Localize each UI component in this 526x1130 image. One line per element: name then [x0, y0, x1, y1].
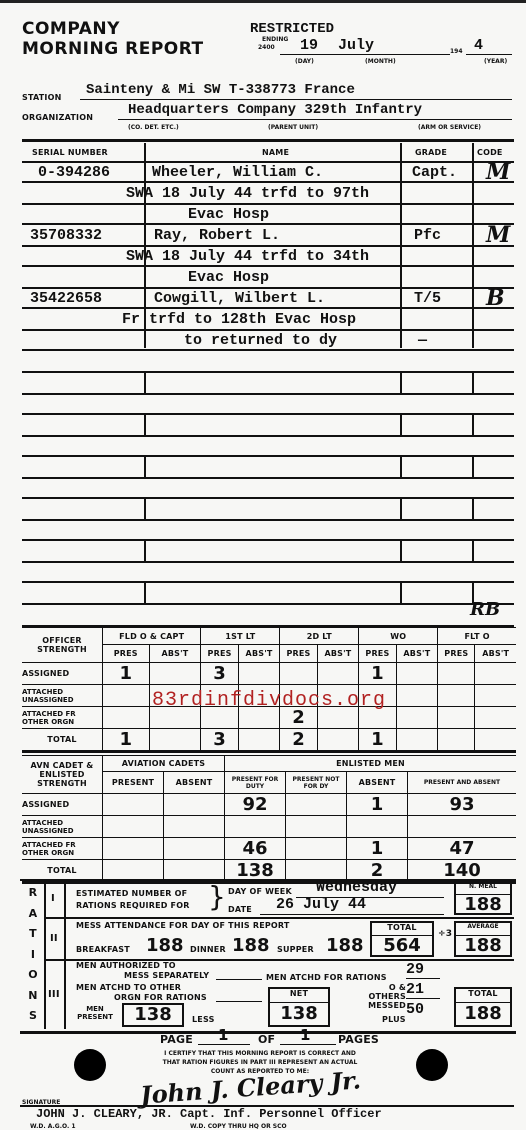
- roster-rule: [22, 265, 514, 267]
- subcol-pres: PRES: [103, 645, 150, 663]
- roster-divider: [472, 497, 474, 519]
- day-of-week-label: DAY OF WEEK: [228, 887, 292, 896]
- enlisted-cell: 46: [225, 838, 286, 860]
- date-label: DATE: [228, 905, 252, 914]
- roster-divider: [400, 539, 402, 561]
- rations-total-box: TOTAL 188: [454, 987, 512, 1027]
- form-caption: W.D. COPY THRU HQ OR SCO: [190, 1123, 287, 1130]
- subcol-abst: ABS'T: [396, 645, 438, 663]
- auth-label-1: MEN AUTHORIZED TO: [76, 961, 176, 970]
- roster-rule: [22, 203, 514, 205]
- roster-divider: [144, 455, 146, 477]
- divide-by-three: ÷3: [438, 929, 448, 939]
- officer-cell: [238, 729, 280, 752]
- roster-divider: [472, 539, 474, 561]
- average-box: AVERAGE 188: [454, 921, 512, 957]
- officer-strength-title: OFFICER STRENGTH: [22, 628, 103, 663]
- enlisted-row-attached-unassigned: ATTACHED UNASSIGNED: [22, 816, 516, 838]
- entry-remark: SWA 18 July 44 trfd to 34th: [126, 248, 369, 265]
- enlisted-cell: 1: [347, 794, 408, 816]
- plus-label: PLUS: [382, 1015, 406, 1024]
- subcol-pres: PRES: [280, 645, 317, 663]
- officer-cell: [438, 663, 475, 685]
- roster-divider: [400, 581, 402, 603]
- men-present-label: MENPRESENT: [70, 1005, 120, 1021]
- entry-remark: SWA 18 July 44 trfd to 97th: [126, 185, 369, 202]
- classification-stamp: RESTRICTED: [250, 21, 334, 37]
- time-label: 2400: [258, 44, 275, 51]
- roster-rule: [22, 245, 514, 247]
- atchd-other-label-2: ORGN FOR RATIONS: [114, 993, 207, 1002]
- group-wo: WO: [359, 628, 438, 645]
- entry-remark: Evac Hosp: [188, 206, 269, 223]
- col-grade: GRADE: [415, 148, 447, 157]
- officer-cell: 3: [201, 663, 238, 685]
- entry-serial: 35422658: [30, 290, 102, 307]
- officer-cell: [475, 707, 516, 729]
- enlisted-cell: [347, 816, 408, 838]
- officer-cell: [438, 685, 475, 707]
- entry-name: Cowgill, Wilbert L.: [154, 290, 325, 307]
- roster-rule: [22, 455, 514, 457]
- row-label: ATTACHED FR OTHER ORGN: [22, 838, 103, 860]
- row-label: ATTACHED UNASSIGNED: [22, 816, 103, 838]
- report-month: July: [338, 37, 374, 54]
- roster-rule: [22, 539, 514, 541]
- subcol-present-not-for-duty: PRESENT NOT FOR DY: [286, 772, 347, 794]
- total-box: TOTAL 564: [370, 921, 434, 957]
- row-label: ASSIGNED: [22, 663, 103, 685]
- officer-cell: [475, 663, 516, 685]
- officer-row-assigned: ASSIGNED 1 3 1: [22, 663, 516, 685]
- roster-rule: [22, 307, 514, 309]
- row-label: ASSIGNED: [22, 794, 103, 816]
- enlisted-cell: [103, 794, 164, 816]
- entry-remark: Fr trfd to 128th Evac Hosp: [122, 311, 356, 328]
- dinner-label: DINNER: [190, 945, 226, 954]
- group-enlisted-men: ENLISTED MEN: [225, 756, 517, 772]
- enlisted-cell: [286, 816, 347, 838]
- pages-label: PAGES: [338, 1033, 379, 1046]
- enlisted-cell: [164, 838, 225, 860]
- officer-cell: [438, 729, 475, 752]
- year-caption: (YEAR): [484, 58, 507, 65]
- group-1st-lt: 1ST LT: [201, 628, 280, 645]
- roster-rule: [22, 329, 514, 331]
- others-messed-value: 21: [406, 981, 440, 999]
- atchd-other-line: [216, 991, 262, 1002]
- atchd-other-label-1: MEN ATCHD TO OTHER: [76, 983, 181, 992]
- officer-cell: [396, 707, 438, 729]
- group-2d-lt: 2D LT: [280, 628, 359, 645]
- officer-cell: 1: [359, 729, 396, 752]
- officer-cell: 1: [103, 663, 150, 685]
- org-caption-parent: (PARENT UNIT): [268, 124, 318, 131]
- group-flt-o: FLT O: [438, 628, 516, 645]
- roster-divider: [144, 371, 146, 393]
- roster-rule: [22, 581, 514, 583]
- form-number: W.D. A.G.O. 1: [30, 1123, 76, 1130]
- row-label: ATTACHED UNASSIGNED: [22, 685, 103, 707]
- net-box: NET 138: [268, 987, 330, 1027]
- enlisted-row-assigned: ASSIGNED 92 1 93: [22, 794, 516, 816]
- organization-value: Headquarters Company 329th Infantry: [128, 102, 422, 118]
- col-code: CODE: [477, 148, 503, 157]
- subcol-present: PRESENT: [103, 772, 164, 794]
- dinner-value: 188: [232, 935, 270, 956]
- section-2-numeral: II: [50, 933, 58, 944]
- officer-cell: [149, 663, 201, 685]
- officer-cell: [438, 707, 475, 729]
- enlisted-cell: 93: [408, 794, 517, 816]
- men-present-value: 138: [124, 1005, 182, 1025]
- breakfast-value: 188: [146, 935, 184, 956]
- entry-grade-continued: —: [418, 332, 427, 349]
- officer-cell: 2: [280, 729, 317, 752]
- atchd-for-rations-value: 29: [406, 961, 440, 979]
- section-3-numeral: III: [48, 989, 60, 1000]
- subcol-present-and-absent: PRESENT AND ABSENT: [408, 772, 517, 794]
- roster-divider: [400, 455, 402, 477]
- officer-cell: 1: [103, 729, 150, 752]
- roster-divider: [400, 497, 402, 519]
- entry-serial: 35708332: [30, 227, 102, 244]
- officer-cell: [396, 663, 438, 685]
- enlisted-cell: [408, 816, 517, 838]
- subcol-pres: PRES: [201, 645, 238, 663]
- roster-rule: [22, 223, 514, 225]
- day-of-week-value: Wednesday: [316, 879, 397, 896]
- supper-value: 188: [326, 935, 364, 956]
- entry-grade: Capt.: [412, 164, 457, 181]
- watermark-text: 83rdinfdivdocs.org: [152, 689, 386, 712]
- report-year: 4: [474, 37, 483, 54]
- enlisted-row-attached-other: ATTACHED FR OTHER ORGN 46 1 47: [22, 838, 516, 860]
- officer-cell: [396, 729, 438, 752]
- subcol-abst: ABS'T: [149, 645, 201, 663]
- roster-rule: [22, 477, 514, 479]
- breakfast-label: BREAKFAST: [76, 945, 130, 954]
- enlisted-cell: [103, 816, 164, 838]
- signer-name: JOHN J. CLEARY, JR. Capt. Inf. Personnel…: [36, 1107, 382, 1121]
- entry-grade: Pfc: [414, 227, 441, 244]
- less-label: LESS: [192, 1015, 215, 1024]
- roster-rule: [22, 603, 514, 605]
- entry-serial: 0-394286: [38, 164, 110, 181]
- enlisted-strength-title: AVN CADET & ENLISTED STRENGTH: [22, 756, 103, 794]
- row-label: TOTAL: [22, 729, 103, 752]
- others-messed-label: O & OTHERSMESSED: [364, 983, 406, 1010]
- entry-code: B: [486, 285, 505, 311]
- auth-label-2: MESS SEPARATELY: [124, 971, 209, 980]
- roster-rule: [22, 435, 514, 437]
- roster-divider: [144, 581, 146, 603]
- roster-top-rule: [22, 139, 514, 142]
- rations-side-label: RATIONS: [26, 883, 40, 1027]
- report-day: 19: [300, 37, 318, 54]
- enlisted-cell: [225, 816, 286, 838]
- rations-rule: [44, 917, 514, 919]
- rations-total-value: 188: [456, 1003, 510, 1025]
- form-title-line1: COMPANY: [22, 19, 120, 39]
- rations-divider: [64, 879, 66, 1029]
- brace-icon: }: [208, 883, 226, 911]
- officer-cell: [475, 685, 516, 707]
- entry-code: M: [486, 222, 510, 248]
- n-meal-box: N. MEAL 188: [454, 881, 512, 915]
- month-caption: (MONTH): [365, 58, 396, 65]
- mess-attendance-label: MESS ATTENDANCE FOR DAY OF THIS REPORT: [76, 921, 290, 930]
- year-prefix: 194: [450, 48, 463, 55]
- org-caption-arm: (ARM OR SERVICE): [418, 124, 481, 131]
- roster-rule: [22, 497, 514, 499]
- entry-name: Ray, Robert L.: [154, 227, 280, 244]
- atchd-for-rations-label: MEN ATCHD FOR RATIONS: [266, 973, 387, 982]
- roster-divider: [472, 413, 474, 435]
- officer-cell: [396, 685, 438, 707]
- section-1-label-2: RATIONS REQUIRED FOR: [76, 901, 190, 910]
- year-line: [466, 39, 512, 55]
- organization-label: ORGANIZATION: [22, 113, 93, 122]
- roster-rule: [22, 287, 514, 289]
- enlisted-cell: 1: [347, 838, 408, 860]
- rations-total-label: TOTAL: [456, 989, 510, 1003]
- page-number: 1: [218, 1026, 228, 1044]
- col-serial-number: SERIAL NUMBER: [32, 148, 108, 157]
- net-value: 138: [270, 1003, 328, 1025]
- enlisted-cell: 47: [408, 838, 517, 860]
- roster-divider: [144, 497, 146, 519]
- entry-grade: T/5: [414, 290, 441, 307]
- plus-value: 50: [406, 1001, 424, 1018]
- officer-cell: [149, 729, 201, 752]
- form-title-line2: MORNING REPORT: [22, 39, 204, 59]
- n-meal-value: 188: [456, 895, 510, 915]
- roster-rule: [22, 393, 514, 395]
- group-fld-o-capt: FLD O & CAPT: [103, 628, 201, 645]
- auth-line: [216, 969, 262, 980]
- subcol-absent: ABSENT: [164, 772, 225, 794]
- roster-rule: [22, 519, 514, 521]
- initials-mark: RB: [470, 599, 500, 620]
- day-caption: (DAY): [295, 58, 314, 65]
- entry-remark: to returned to dy: [184, 332, 337, 349]
- ration-date-value: 26 July 44: [276, 896, 366, 913]
- enlisted-cell: [164, 794, 225, 816]
- roster-divider: [472, 455, 474, 477]
- subcol-abst: ABS'T: [475, 645, 516, 663]
- enlisted-cell: [164, 816, 225, 838]
- officer-cell: [475, 729, 516, 752]
- officer-cell: [103, 707, 150, 729]
- roster-divider: [144, 413, 146, 435]
- roster-rule: [22, 161, 514, 163]
- morning-report-form: COMPANY MORNING REPORT RESTRICTED ENDING…: [0, 0, 526, 1130]
- binder-hole-left: [74, 1049, 106, 1081]
- total-pages: 1: [300, 1026, 310, 1044]
- enlisted-cell: [286, 838, 347, 860]
- roster-rule: [22, 349, 514, 351]
- enlisted-cell: [286, 794, 347, 816]
- enlisted-cell: 92: [225, 794, 286, 816]
- net-label: NET: [270, 989, 328, 1003]
- roster-rule: [22, 371, 514, 373]
- station-label: STATION: [22, 93, 62, 102]
- group-aviation-cadets: AVIATION CADETS: [103, 756, 225, 772]
- section-1-numeral: I: [51, 893, 55, 904]
- roster-divider: [472, 371, 474, 393]
- roster-rule: [22, 561, 514, 563]
- subcol-pres: PRES: [438, 645, 475, 663]
- subcol-abst: ABS'T: [238, 645, 280, 663]
- roster-divider: [400, 371, 402, 393]
- binder-hole-right: [416, 1049, 448, 1081]
- org-caption-unit: (CO. DET. ETC.): [128, 124, 179, 131]
- entry-remark: Evac Hosp: [188, 269, 269, 286]
- officer-cell: [317, 663, 359, 685]
- officer-cell: 3: [201, 729, 238, 752]
- officer-cell: [103, 685, 150, 707]
- entry-name: Wheeler, William C.: [152, 164, 323, 181]
- roster-rule: [22, 181, 514, 183]
- officer-cell: [238, 663, 280, 685]
- officer-cell: 1: [359, 663, 396, 685]
- section-1-label-1: ESTIMATED NUMBER OF: [76, 889, 187, 898]
- enlisted-cell: [103, 838, 164, 860]
- men-present-box: 138: [122, 1003, 184, 1027]
- roster-rule: [22, 413, 514, 415]
- officer-row-total: TOTAL 1 3 2 1: [22, 729, 516, 752]
- rations-divider: [44, 879, 46, 1029]
- signature-label: SIGNATURE: [22, 1099, 60, 1106]
- of-label: OF: [258, 1033, 275, 1046]
- subcol-pres: PRES: [359, 645, 396, 663]
- average-value: 188: [456, 936, 510, 956]
- subcol-present-for-duty: PRESENT FOR DUTY: [225, 772, 286, 794]
- officer-cell: [317, 729, 359, 752]
- officer-cell: [280, 663, 317, 685]
- subcol-absent-enlisted: ABSENT: [347, 772, 408, 794]
- enlisted-strength-table: AVN CADET & ENLISTED STRENGTH AVIATION C…: [22, 755, 516, 884]
- station-value: Sainteny & Mi SW T-338773 France: [86, 82, 355, 98]
- roster-divider: [144, 539, 146, 561]
- total-value: 564: [372, 936, 432, 956]
- roster-divider: [400, 413, 402, 435]
- entry-code: M: [486, 159, 510, 185]
- col-name: NAME: [262, 148, 289, 157]
- page-label: PAGE: [160, 1033, 193, 1046]
- supper-label: SUPPER: [277, 945, 314, 954]
- subcol-abst: ABS'T: [317, 645, 359, 663]
- row-label: ATTACHED FR OTHER ORGN: [22, 707, 103, 729]
